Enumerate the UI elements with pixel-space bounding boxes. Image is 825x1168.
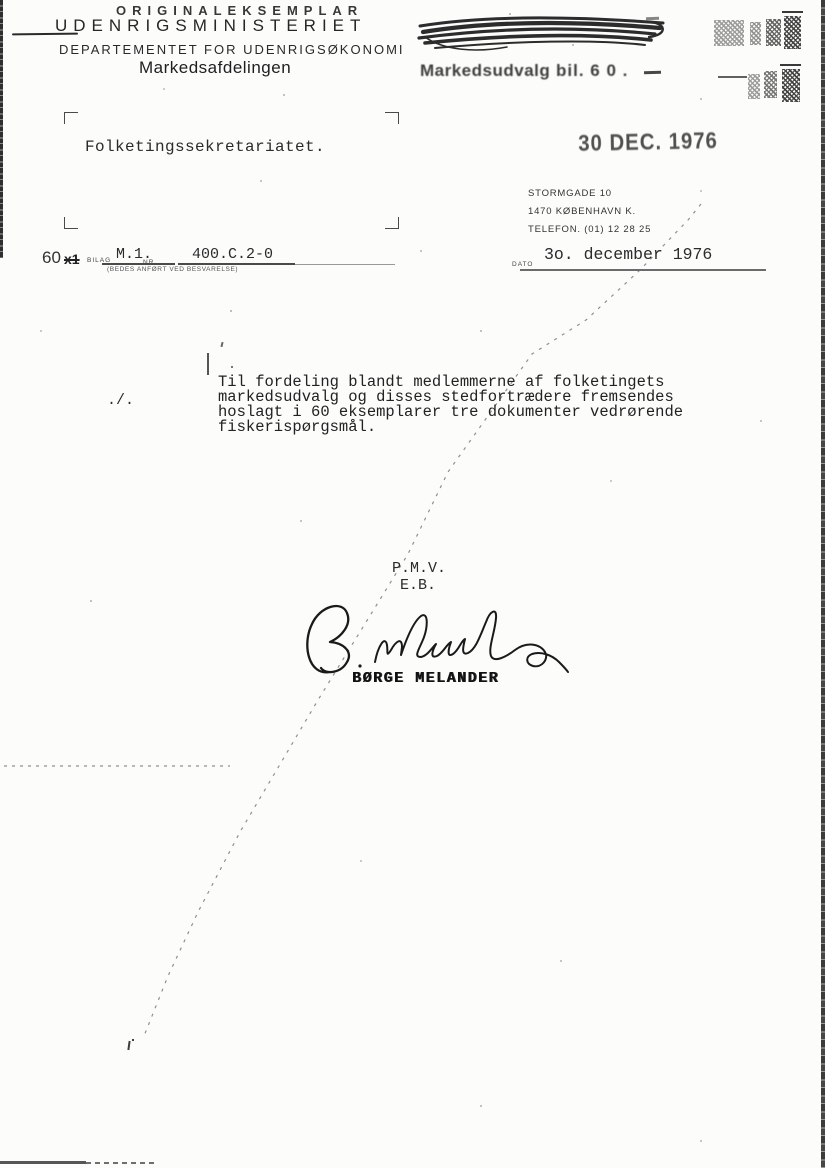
address-window-bracket-tl	[64, 112, 78, 124]
stray-mark	[220, 342, 223, 347]
ministry-name: UDENRIGSMINISTERIET	[55, 16, 366, 36]
scanned-letter-page: ORIGINALEKSEMPLAR UDENRIGSMINISTERIET DE…	[0, 0, 825, 1168]
address-window-bracket-bl	[64, 217, 78, 229]
markedsudvalg-stamp: Markedsudvalg	[420, 61, 550, 81]
faded-stamp	[782, 69, 800, 102]
division-name: Markedsafdelingen	[139, 58, 291, 78]
signer-typed-name: BØRGE MELANDER	[352, 670, 499, 687]
scan-edge-bottom-dashed	[86, 1162, 158, 1165]
crossed-number: x1	[64, 251, 80, 267]
department-name: DEPARTEMENTET FOR UDENRIGSØKONOMI	[59, 42, 405, 57]
scan-edge-bottom	[0, 1161, 86, 1164]
address-street: STORMGADE 10	[528, 188, 612, 199]
pen-dash-mark	[644, 71, 661, 74]
faded-stamp	[764, 71, 777, 98]
address-window-bracket-br	[385, 217, 399, 229]
pen-dash-mark-small	[646, 17, 659, 20]
faded-stamp	[784, 16, 801, 49]
recipient-name: Folketingssekretariatet.	[85, 138, 325, 156]
faded-stamp-tbar	[718, 76, 747, 78]
faded-stamp	[748, 74, 760, 99]
annex-count-note: bil. 6 0 .	[556, 61, 628, 81]
pen-corner-mark	[127, 1041, 130, 1050]
copies-count: 60	[42, 248, 61, 268]
stray-dot	[231, 366, 233, 368]
received-date-stamp: 30 DEC. 1976	[578, 128, 718, 158]
reference-underline-3	[295, 264, 395, 266]
address-city: 1470 KØBENHAVN K.	[528, 206, 636, 217]
margin-tick-mark	[207, 353, 209, 375]
letter-date: 3o. december 1976	[544, 245, 712, 264]
journal-number: 400.C.2-0	[192, 246, 273, 263]
faded-stamp-tbar	[782, 11, 803, 13]
pen-corner-mark-dot	[132, 1039, 134, 1041]
scan-edge-left	[0, 0, 3, 258]
dato-label: DATO	[512, 261, 533, 268]
faint-dotted-line	[4, 765, 230, 767]
reference-underline-1	[102, 263, 175, 265]
pmv-abbreviation: P.M.V.	[392, 560, 446, 577]
scribble-redaction	[415, 10, 670, 56]
body-line: fiskerispørgsmål.	[218, 420, 376, 435]
faded-stamp	[766, 19, 781, 46]
scan-speckles	[509, 13, 511, 15]
scan-edge-right	[821, 0, 825, 1168]
reply-reference-note: (BEDES ANFØRT VED BESVARELSE)	[107, 266, 238, 273]
address-window-bracket-tr	[385, 112, 399, 124]
address-phone: TELEFON. (01) 12 28 25	[528, 224, 651, 235]
reference-underline-2	[178, 263, 295, 265]
enclosure-mark: ./.	[107, 392, 134, 409]
faded-stamp	[714, 20, 744, 46]
date-underline	[520, 269, 766, 271]
faded-stamp-tbar	[780, 64, 801, 66]
faded-stamp	[750, 22, 761, 45]
